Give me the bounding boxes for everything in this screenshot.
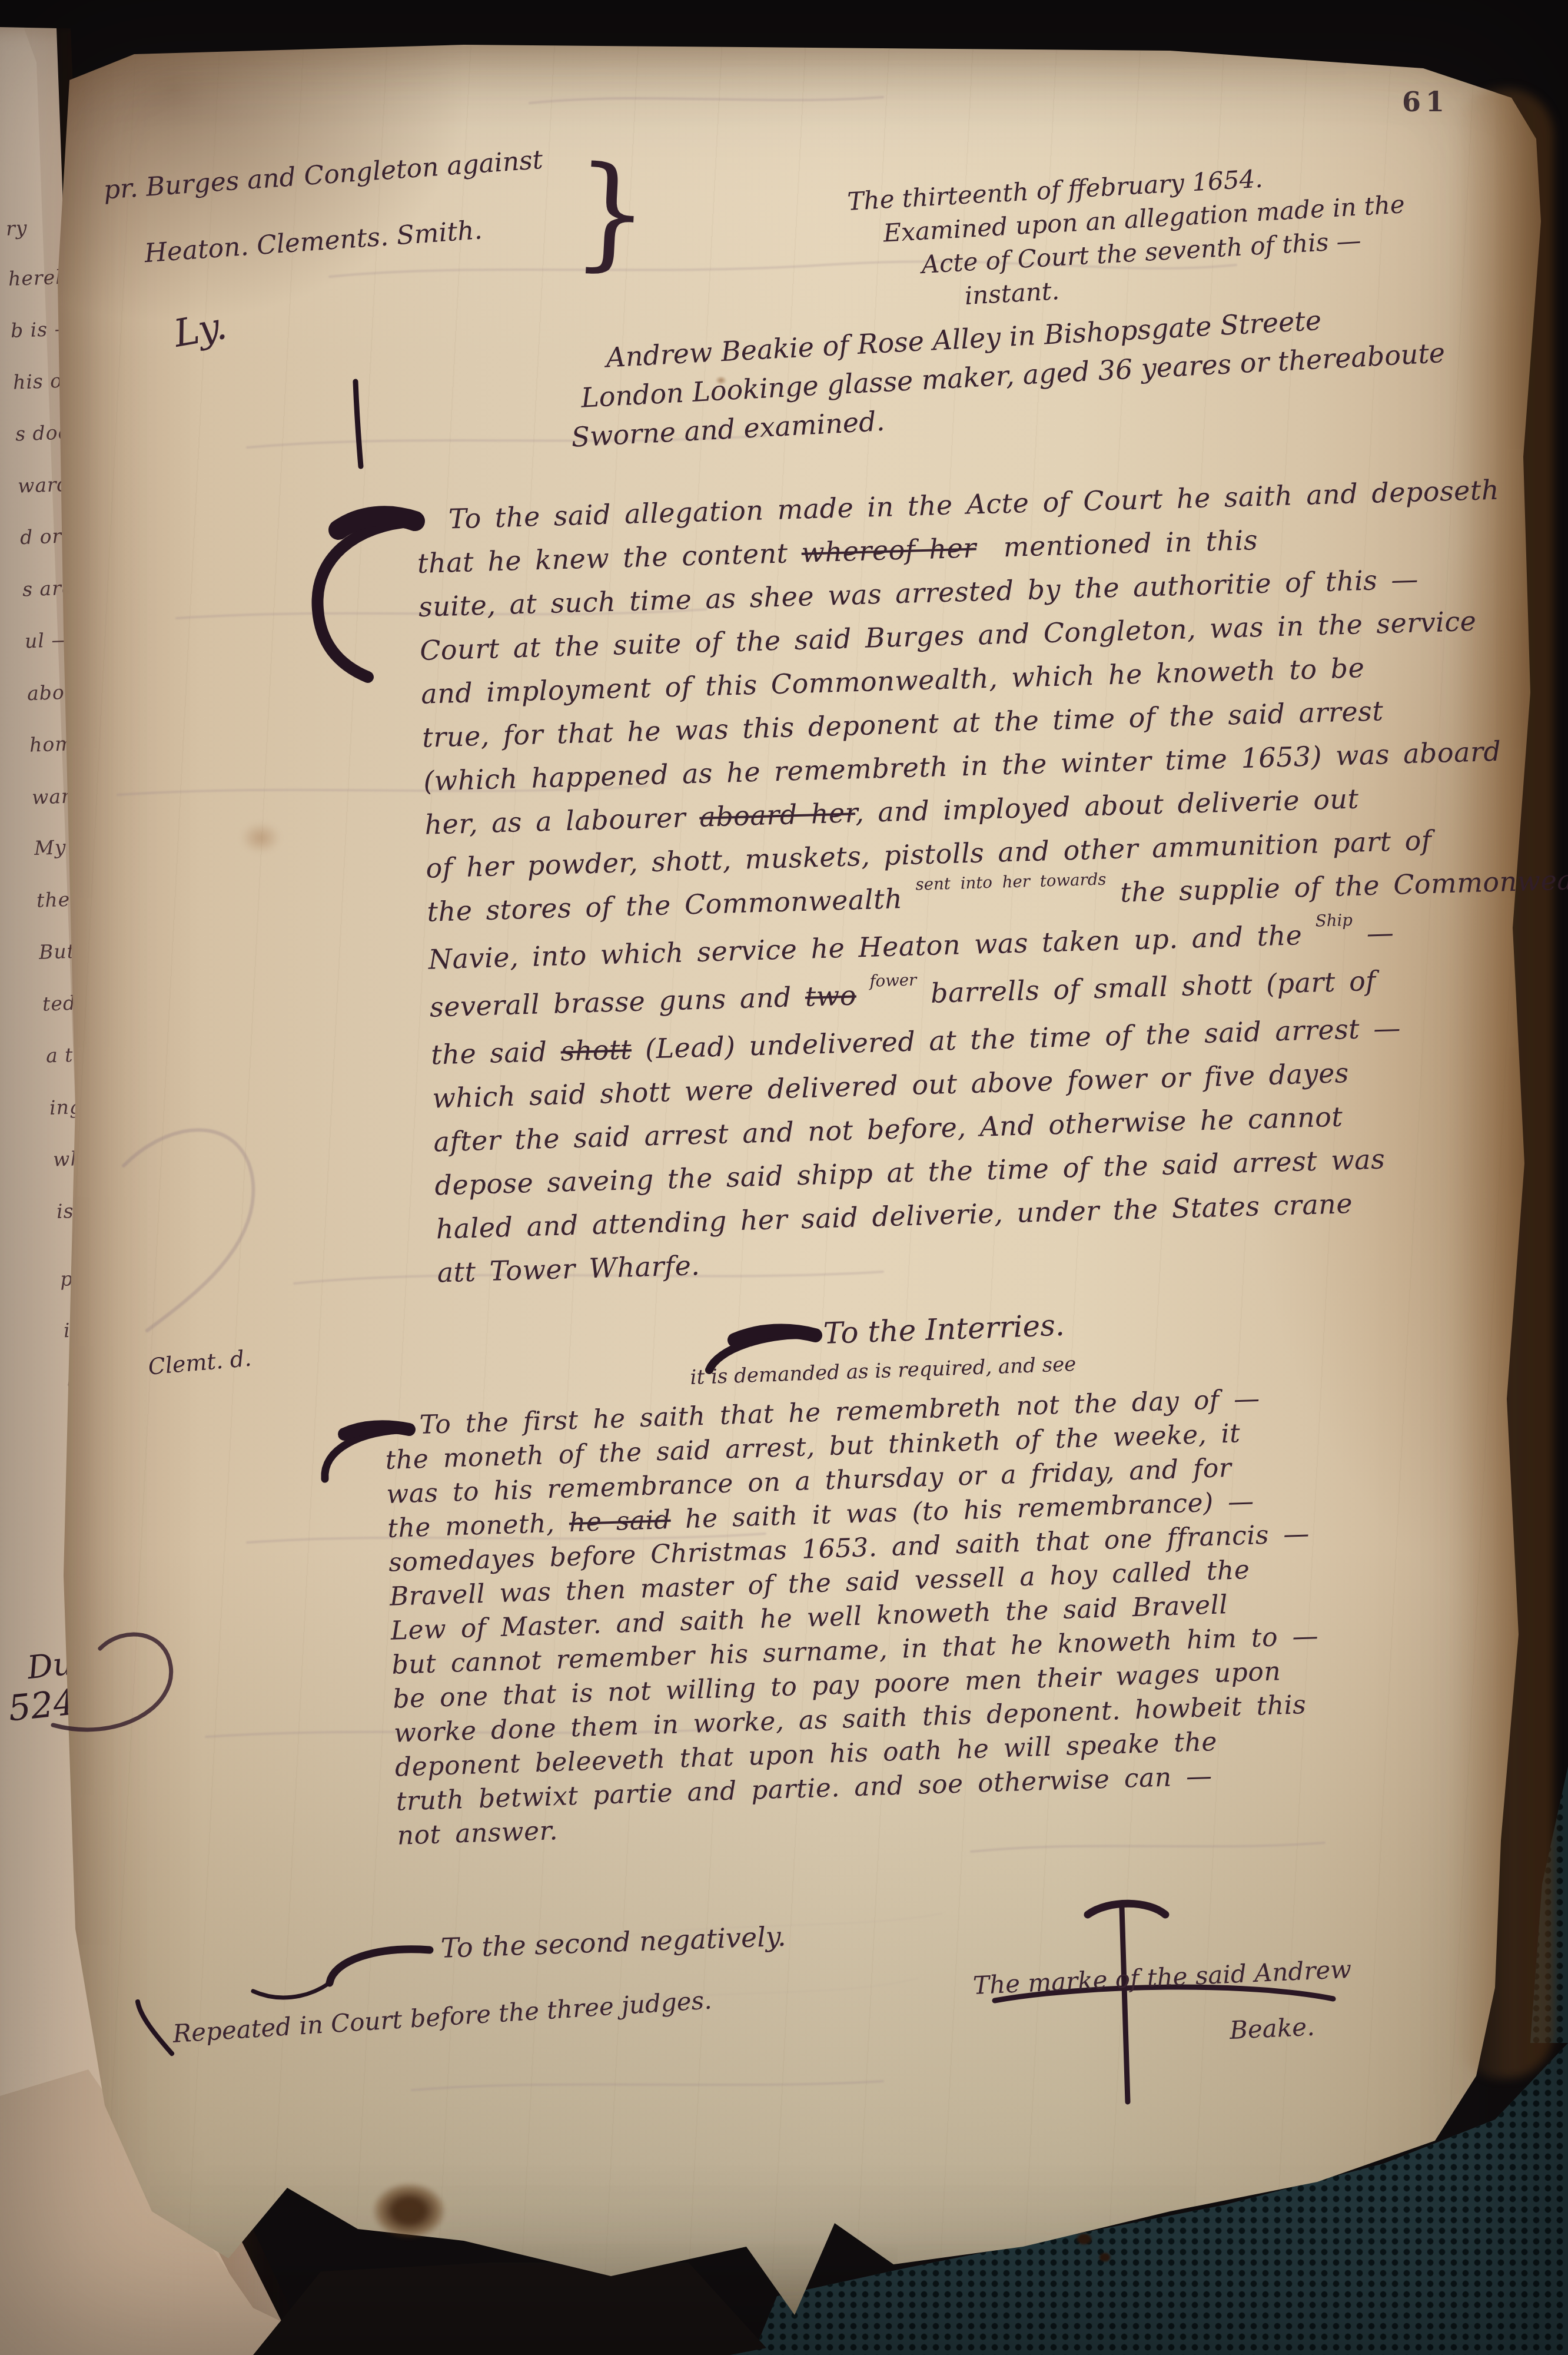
case-brace-glyph: } <box>570 139 652 286</box>
facing-page-text-fragment: ry <box>5 216 28 240</box>
interlined-segment: Ship <box>1315 898 1353 943</box>
struck-segment: whereof her <box>801 532 977 568</box>
text-segment: barrells of small shott (part of <box>916 965 1376 1010</box>
text-segment <box>856 979 871 1011</box>
text-segment: , and imployed about deliverie out <box>855 782 1359 828</box>
text-segment: the moneth, <box>387 1508 570 1544</box>
struck-segment: he said <box>569 1505 671 1538</box>
text-segment: not answer. <box>397 1816 559 1851</box>
marginal-mark: Ly. <box>171 304 230 356</box>
struck-segment: shott <box>560 1033 632 1067</box>
answers-paragraph: To the first he saith that he remembreth… <box>384 1381 1324 1853</box>
interlined-segment: sent into her towards <box>915 858 1107 907</box>
manuscript-photo: ryherebyb is —his ofs doewardsd ors areu… <box>0 0 1568 2355</box>
deposition-paragraph: To the said allegation made in the Acte … <box>416 465 1568 1294</box>
facing-page-text-fragment: My <box>34 835 67 860</box>
folio-number: 61 <box>1402 86 1449 118</box>
mark-attestation-line: Beake. <box>1229 2012 1315 2045</box>
text-segment: — <box>1353 917 1394 950</box>
text-segment: her, as a labourer <box>424 801 700 841</box>
text-segment: the stores of the Commonwealth <box>427 883 916 928</box>
facing-page-text-fragment: d or <box>19 525 62 549</box>
text-segment: the said <box>431 1035 562 1070</box>
interlined-segment: fower <box>869 958 917 1003</box>
text-segment: that he knew the content <box>417 537 802 579</box>
text-segment: mentioned in this <box>976 524 1258 563</box>
struck-segment: aboard her <box>699 797 856 832</box>
text-segment: severall brasse guns and <box>429 981 805 1023</box>
struck-segment: two <box>805 979 857 1012</box>
text-segment: att Tower Wharfe. <box>437 1249 700 1288</box>
